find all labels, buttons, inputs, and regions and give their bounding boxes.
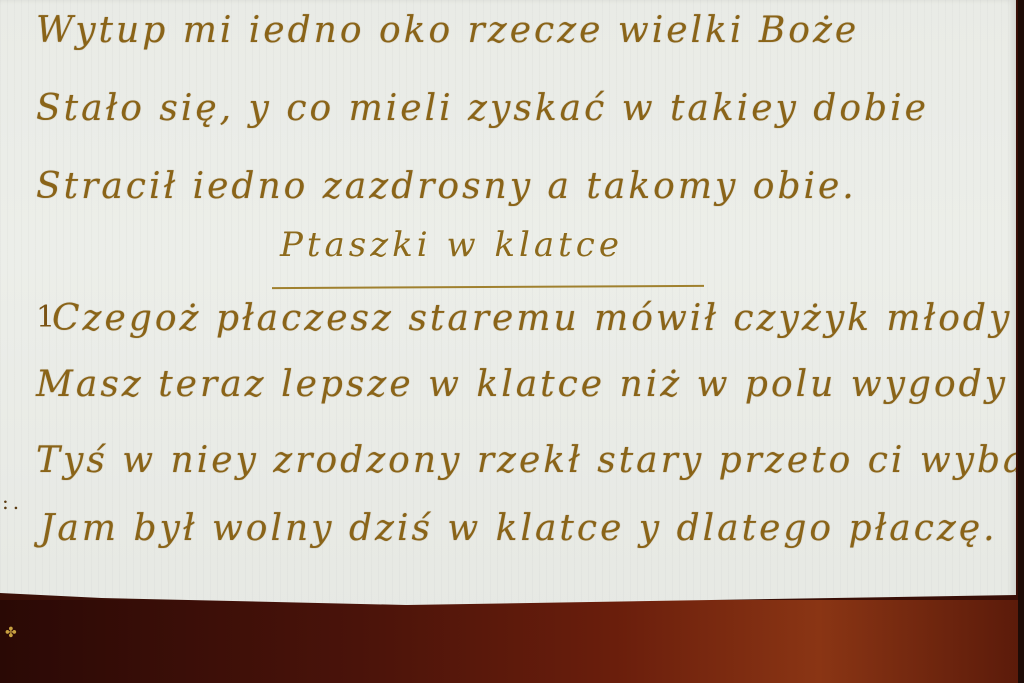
margin-mark: :.: [2, 490, 23, 514]
manuscript-page: Wytup mi iedno oko rzecze wielki Boże St…: [0, 0, 1016, 640]
wooden-table-background: [0, 600, 1024, 683]
verse-line-4: Czegoż płaczesz staremu mówił czyżyk mło…: [52, 298, 1012, 339]
verse-line-1: Wytup mi iedno oko rzecze wielki Boże: [36, 10, 859, 51]
verse-line-5: Masz teraz lepsze w klatce niż w polu wy…: [36, 364, 1008, 405]
book-edge: [1018, 0, 1024, 683]
title-underline: [272, 285, 704, 289]
verse-line-3: Stracił iedno zazdrosny a takomy obie.: [36, 166, 857, 207]
poem-title: Ptaszki w klatce: [280, 225, 623, 265]
verse-line-6: Tyś w niey zrodzony rzekł stary przeto c…: [36, 440, 1024, 481]
verse-line-2: Stało się, y co mieli zyskać w takiey do…: [36, 88, 929, 129]
verse-line-7: Jam był wolny dziś w klatce y dlatego pł…: [40, 508, 998, 549]
gilt-ornament-icon: ✤: [5, 625, 17, 641]
